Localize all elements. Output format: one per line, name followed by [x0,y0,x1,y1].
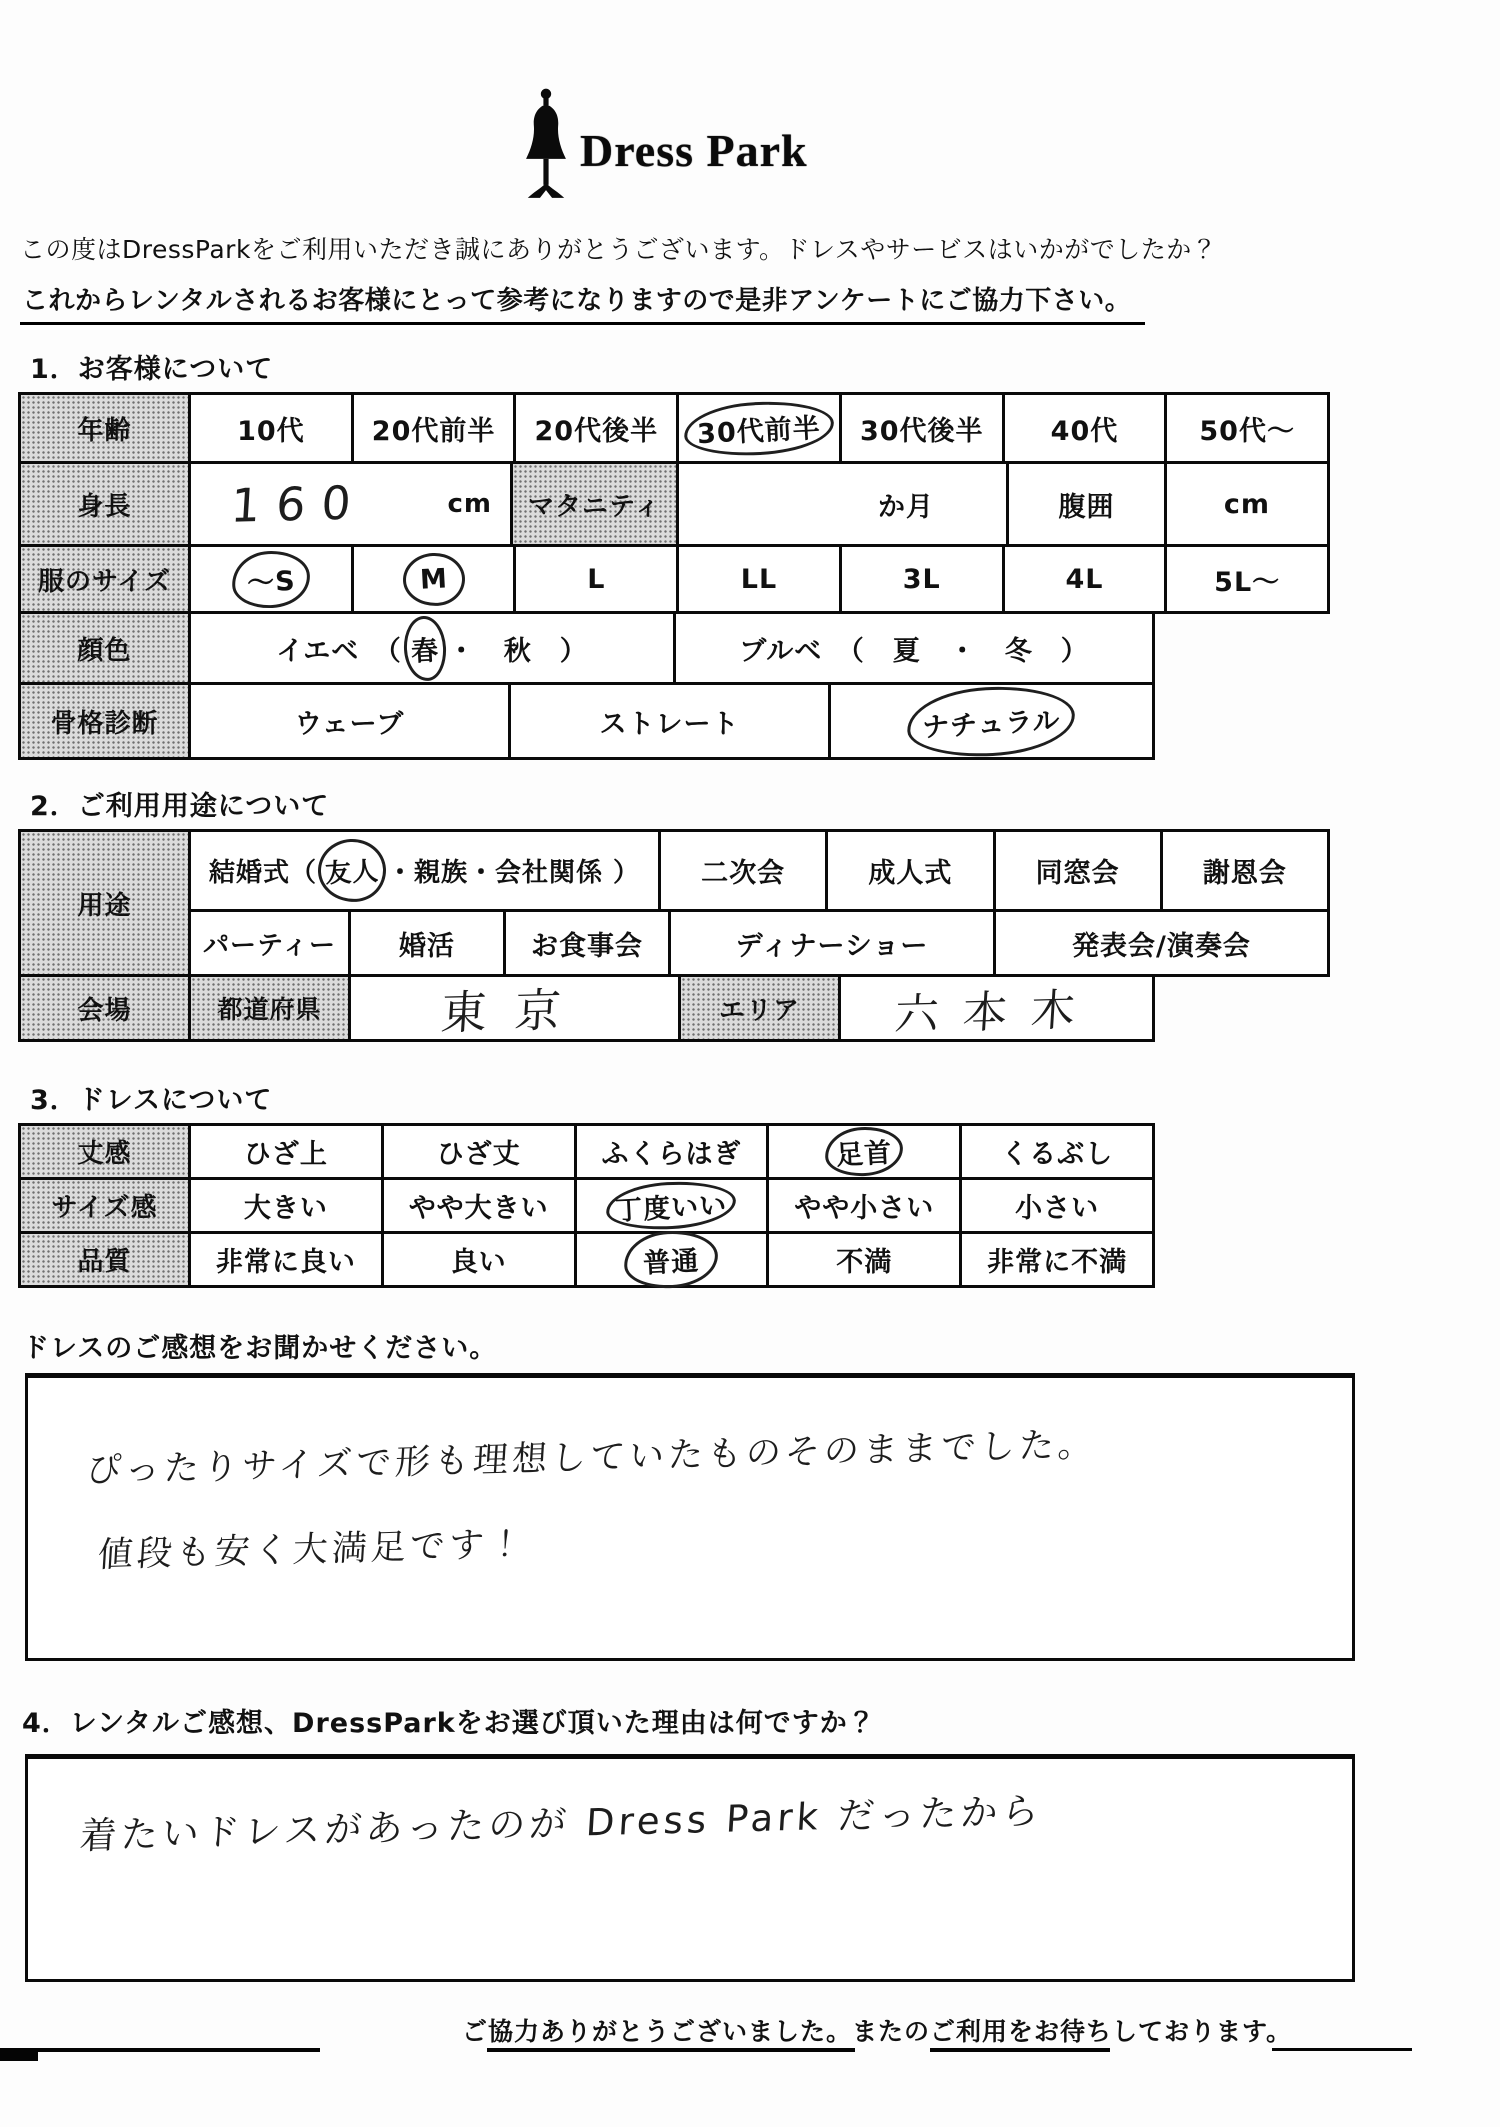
age-option-40s[interactable]: 40代 [1002,395,1165,461]
size-option-s-selected[interactable]: ～S [188,547,351,611]
age-option-late30s[interactable]: 30代後半 [839,395,1002,461]
scan-artifact [38,2048,320,2052]
intro-line2-underlined: これからレンタルされるお客様にとって参考になりますので是非アンケートにご協力下さ… [20,280,1145,325]
section1-heading: 1．お客様について [30,347,1500,386]
area-label-cell: エリア [678,977,838,1039]
pen-circle-mark: ～S [230,548,311,609]
handwritten-area: 六本木 [893,973,1101,1042]
quality-label-cell: 品質 [21,1234,188,1285]
scan-artifact [487,2048,855,2052]
length-option-knee[interactable]: ひざ丈 [381,1126,574,1177]
size-option-4l[interactable]: 4L [1002,547,1165,611]
age-option-early20s[interactable]: 20代前半 [351,395,514,461]
size-option-3l[interactable]: 3L [839,547,1002,611]
pen-circle-mark: 丁度いい [605,1179,737,1233]
complexion-label-cell: 顔色 [21,614,188,682]
months-unit: か月 [878,485,934,524]
dress-table: 丈感 ひざ上 ひざ丈 ふくらはぎ 足首 くるぶし サイズ感 大きい やや大きい … [18,1123,1500,1288]
size-option-ll[interactable]: LL [676,547,839,611]
quality-option-good[interactable]: 良い [381,1234,574,1285]
skeleton-option-wave[interactable]: ウェーブ [188,685,508,757]
pen-circle-mark: 友人 [316,837,387,903]
size-row: 服のサイズ ～S M L LL 3L 4L 5L～ [18,544,1330,614]
quality-option-normal-selected[interactable]: 普通 [574,1234,767,1285]
purpose-option-recital[interactable]: 発表会/演奏会 [993,912,1327,974]
age-option-early30s-selected[interactable]: 30代前半 [676,395,839,461]
length-label-cell: 丈感 [21,1126,188,1177]
dress-feedback-prompt: ドレスのご感想をお聞かせください。 [22,1326,1500,1365]
pen-circle-mark: M [401,551,466,607]
waist-label-cell: 腹囲 [1006,464,1164,544]
complexion-option-yellow[interactable]: イエベ （ 春 ・ 秋 ） [188,614,673,682]
handwritten-height: 160 [229,475,368,533]
dress-feedback-box[interactable]: ぴったりサイズで形も理想していたものそのままでした。 値段も安く大満足です！ [25,1373,1355,1661]
section3-heading: 3．ドレスについて [30,1078,1500,1117]
skeleton-row: 骨格診断 ウェーブ ストレート ナチュラル [18,682,1155,760]
purpose-option-reunion[interactable]: 同窓会 [993,832,1160,909]
purpose-option-dinner-meal[interactable]: お食事会 [503,912,668,974]
intro-line1: この度はDressParkをご利用いただき誠にありがとうございます。ドレスやサー… [20,230,1500,266]
age-option-late20s[interactable]: 20代後半 [513,395,676,461]
quality-option-dissatisfied[interactable]: 不満 [766,1234,959,1285]
maternity-label-cell: マタニティ [510,464,676,544]
handwritten-prefecture: 東京 [439,973,591,1043]
purpose-rows: 用途 結婚式（ 友人 ・親族・会社関係 ） 二次会 成人式 同窓会 謝恩会 パー… [18,829,1330,977]
size-option-m-selected[interactable]: M [351,547,514,611]
purpose-option-coming-of-age[interactable]: 成人式 [825,832,992,909]
pen-circle-mark: 春 [402,614,447,681]
quality-option-very-dissatisfied[interactable]: 非常に不満 [959,1234,1152,1285]
usage-table: 用途 結婚式（ 友人 ・親族・会社関係 ） 二次会 成人式 同窓会 謝恩会 パー… [18,829,1500,1042]
purpose-label-cell: 用途 [21,832,188,974]
fit-option-small[interactable]: 小さい [959,1180,1152,1231]
fit-label-cell: サイズ感 [21,1180,188,1231]
height-label-cell: 身長 [21,464,188,544]
handwritten-feedback-line2: 値段も安く大満足です！ [97,1516,529,1577]
fit-option-large[interactable]: 大きい [188,1180,381,1231]
skeleton-option-natural-selected[interactable]: ナチュラル [828,685,1152,757]
fit-option-slightly-small[interactable]: やや小さい [766,1180,959,1231]
skeleton-label-cell: 骨格診断 [21,685,188,757]
purpose-option-thanks-party[interactable]: 謝恩会 [1160,832,1327,909]
size-label-cell: 服のサイズ [21,547,188,611]
fit-option-slightly-large[interactable]: やや大きい [381,1180,574,1231]
skeleton-option-straight[interactable]: ストレート [508,685,828,757]
complexion-row: 顔色 イエベ （ 春 ・ 秋 ） ブルベ （ 夏 ・ 冬 ） [18,611,1155,685]
age-label-cell: 年齢 [21,395,188,461]
prefecture-value-cell[interactable]: 東京 [348,977,678,1039]
scan-artifact [0,2048,38,2061]
length-option-anklebone[interactable]: くるぶし [959,1126,1152,1177]
height-unit: cm [447,489,492,519]
venue-row: 会場 都道府県 東京 エリア 六本木 [18,974,1155,1042]
venue-label-cell: 会場 [21,977,188,1039]
length-option-ankle-selected[interactable]: 足首 [766,1126,959,1177]
prefecture-label-cell: 都道府県 [188,977,348,1039]
customer-table: 年齢 10代 20代前半 20代後半 30代前半 30代後半 40代 50代～ … [18,392,1500,760]
purpose-row-a: 結婚式（ 友人 ・親族・会社関係 ） 二次会 成人式 同窓会 謝恩会 [188,832,1327,912]
size-option-l[interactable]: L [513,547,676,611]
handwritten-feedback-line1: ぴったりサイズで形も理想していたものそのままでした。 [85,1417,1099,1494]
pen-circle-mark: 普通 [623,1229,720,1291]
purpose-option-afterparty[interactable]: 二次会 [658,832,825,909]
waist-unit-cell[interactable]: cm [1164,464,1327,544]
quality-option-very-good[interactable]: 非常に良い [188,1234,381,1285]
area-value-cell[interactable]: 六本木 [838,977,1152,1039]
reason-feedback-box[interactable]: 着たいドレスがあったのが Dress Park だったから [25,1754,1355,1982]
length-option-above-knee[interactable]: ひざ上 [188,1126,381,1177]
maternity-months-cell[interactable]: か月 [676,464,1006,544]
logo-text: Dress Park [580,124,808,177]
pen-circle-mark: 足首 [824,1125,904,1178]
dress-form-icon [520,87,572,203]
section4-heading: 4．レンタルご感想、DressParkをお選び頂いた理由は何ですか？ [22,1701,1500,1740]
length-row: 丈感 ひざ上 ひざ丈 ふくらはぎ 足首 くるぶし [18,1123,1155,1180]
section2-heading: 2．ご利用用途について [30,784,1500,823]
height-row: 身長 160 cm マタニティ か月 腹囲 cm [18,461,1330,547]
length-option-calf[interactable]: ふくらはぎ [574,1126,767,1177]
purpose-option-dinner-show[interactable]: ディナーショー [668,912,993,974]
purpose-option-party[interactable]: パーティー [188,912,348,974]
logo: Dress Park [520,0,1500,204]
age-row: 年齢 10代 20代前半 20代後半 30代前半 30代後半 40代 50代～ [18,392,1330,464]
handwritten-reason-line: 着たいドレスがあったのが Dress Park だったから [79,1780,1045,1859]
quality-row: 品質 非常に良い 良い 普通 不満 非常に不満 [18,1231,1155,1288]
purpose-row-b: パーティー 婚活 お食事会 ディナーショー 発表会/演奏会 [188,912,1327,974]
height-value-cell[interactable]: 160 cm [188,464,510,544]
fit-row: サイズ感 大きい やや大きい 丁度いい やや小さい 小さい [18,1177,1155,1234]
size-option-5l[interactable]: 5L～ [1164,547,1327,611]
pen-circle-mark: 30代前半 [683,398,835,459]
purpose-option-wedding[interactable]: 結婚式（ 友人 ・親族・会社関係 ） [188,832,658,909]
scan-artifact [930,2048,1110,2052]
age-option-50s[interactable]: 50代～ [1164,395,1327,461]
purpose-option-konkatsu[interactable]: 婚活 [348,912,503,974]
fit-option-just-right-selected[interactable]: 丁度いい [574,1180,767,1231]
closing-message: ご協力ありがとうございました。またのご利用をお待ちしております。 [0,2012,1332,2048]
scan-artifact [1272,2048,1412,2051]
age-option-10s[interactable]: 10代 [188,395,351,461]
pen-circle-mark: ナチュラル [906,682,1078,760]
complexion-option-blue[interactable]: ブルベ （ 夏 ・ 冬 ） [673,614,1152,682]
survey-form-page: Dress Park この度はDressParkをご利用いただき誠にありがとうご… [0,0,1500,2127]
